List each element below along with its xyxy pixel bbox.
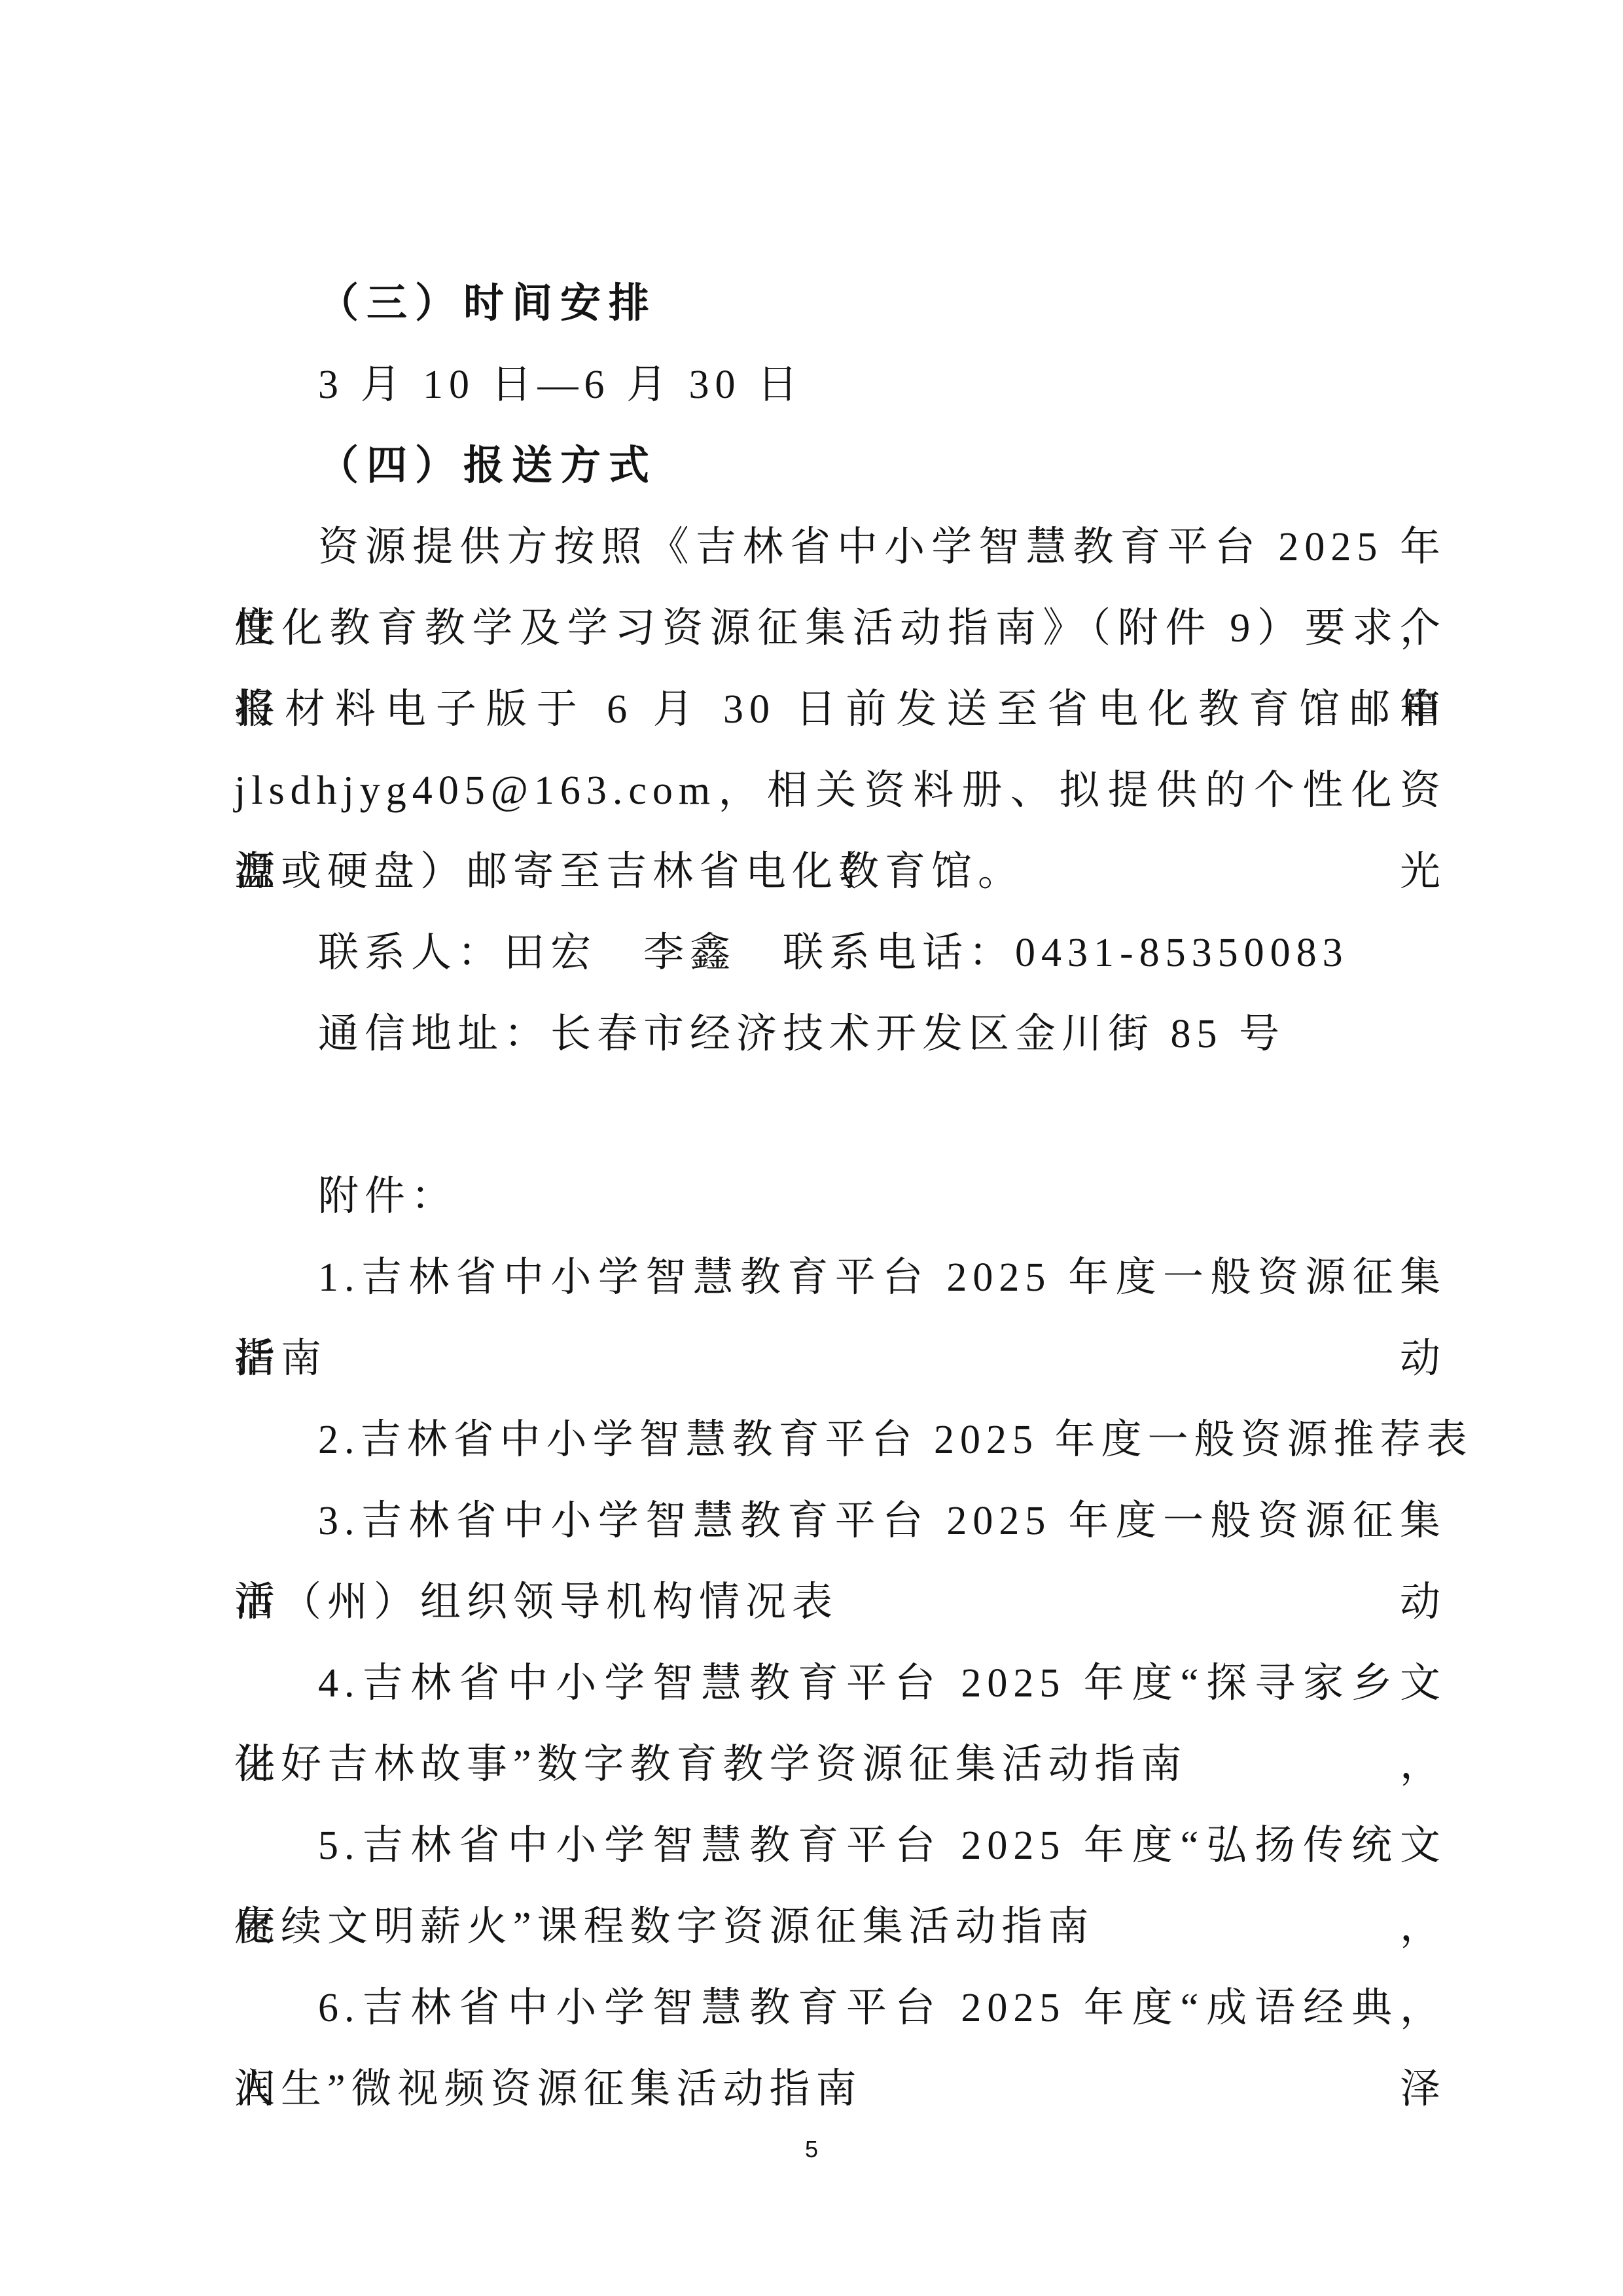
document-body: （三）时间安排 3 月 10 日—6 月 30 日 （四）报送方式 资源提供方按… <box>234 263 1446 2130</box>
attachment-item-6: 6.吉林省中小学智慧教育平台 2025 年度“成语经典，润泽 <box>234 1967 1446 2049</box>
page-number: 5 <box>0 2135 1623 2164</box>
paragraph-line: 资源提供方按照《吉林省中小学智慧教育平台 2025 年度个 <box>234 507 1446 588</box>
paragraph-line: 性化教育教学及学习资源征集活动指南》（附件 9）要求，将申 <box>234 588 1446 669</box>
document-page: （三）时间安排 3 月 10 日—6 月 30 日 （四）报送方式 资源提供方按… <box>0 0 1623 2296</box>
attachment-item-3: 3.吉林省中小学智慧教育平台 2025 年度一般资源征集活动 <box>234 1480 1446 1562</box>
contact-person-line: 联系人：田宏 李鑫 联系电话：0431-85350083 <box>234 912 1446 994</box>
paragraph-line-email: jlsdhjyg405@163.com，相关资料册、拟提供的个性化资源（光 <box>234 750 1446 831</box>
attachment-item-4: 4.吉林省中小学智慧教育平台 2025 年度“探寻家乡文化， <box>234 1643 1446 1724</box>
attachments-heading: 附件： <box>234 1156 1446 1237</box>
date-range-line: 3 月 10 日—6 月 30 日 <box>234 344 1446 425</box>
paragraph-line: 报材料电子版于 6 月 30 日前发送至省电化教育馆邮箱 <box>234 669 1446 750</box>
section-heading-submission-method: （四）报送方式 <box>234 425 1446 507</box>
attachment-item-5: 5.吉林省中小学智慧教育平台 2025 年度“弘扬传统文化， <box>234 1805 1446 1886</box>
attachment-item-2: 2.吉林省中小学智慧教育平台 2025 年度一般资源推荐表 <box>234 1399 1446 1480</box>
attachment-item-1: 1.吉林省中小学智慧教育平台 2025 年度一般资源征集活动 <box>234 1237 1446 1318</box>
mailing-address-line: 通信地址：长春市经济技术开发区金川街 85 号 <box>234 994 1446 1075</box>
blank-line <box>234 1075 1446 1156</box>
section-heading-time-arrangement: （三）时间安排 <box>234 263 1446 344</box>
